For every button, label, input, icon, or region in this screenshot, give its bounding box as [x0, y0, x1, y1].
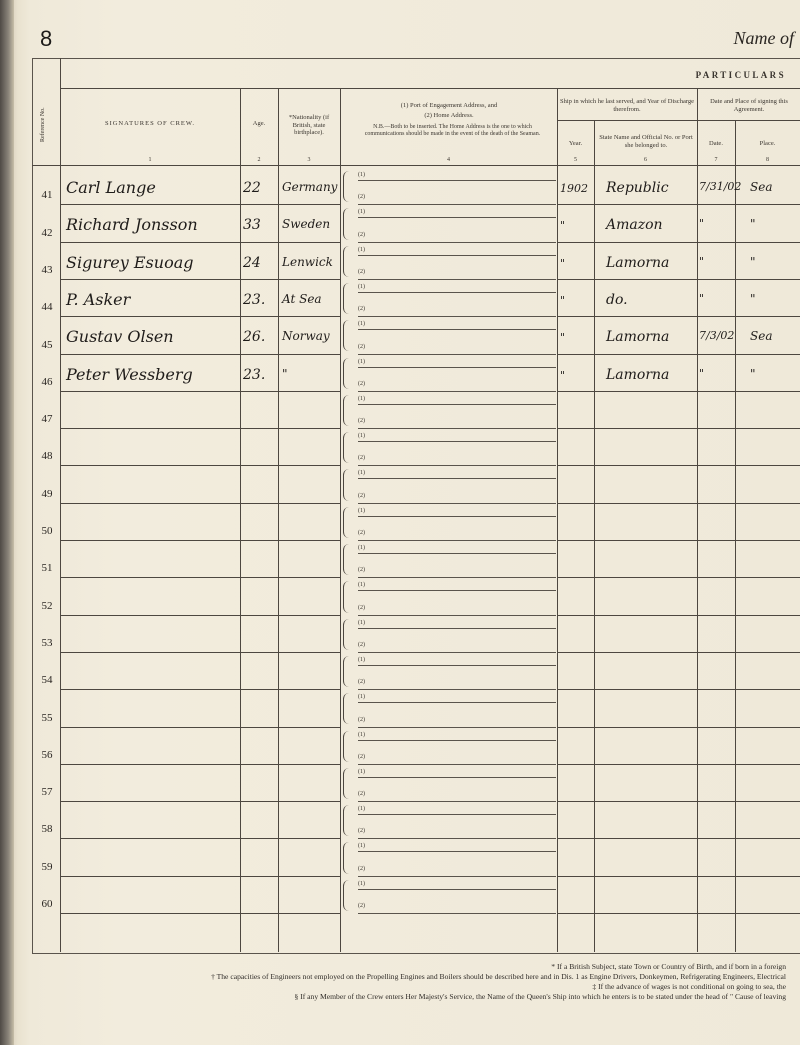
- row-ref-number: 44: [36, 301, 58, 313]
- page-number: 8: [40, 26, 52, 52]
- address-marker-2: (2): [358, 232, 365, 238]
- address-brace: [343, 842, 350, 873]
- row-rule: [60, 801, 340, 802]
- last-ship-year: 1902: [560, 182, 588, 195]
- address-marker-2: (2): [358, 493, 365, 499]
- signing-date: ": [699, 367, 704, 380]
- last-ship-name: Amazon: [606, 217, 663, 233]
- col-divider: [594, 120, 595, 952]
- address-line-2: [358, 764, 556, 765]
- address-marker-2: (2): [358, 828, 365, 834]
- crew-age: 26.: [243, 329, 265, 345]
- col-number: 8: [735, 157, 800, 163]
- row-rule: [557, 764, 800, 765]
- row-rule: [557, 279, 800, 280]
- row-rule: [60, 913, 340, 914]
- signing-place: Sea: [750, 180, 772, 194]
- address-line-1: [358, 217, 556, 218]
- address-marker-2: (2): [358, 791, 365, 797]
- row-rule: [557, 801, 800, 802]
- crew-age: 33: [243, 217, 261, 233]
- col-header-place: Place.: [735, 140, 800, 148]
- address-brace: [343, 619, 350, 650]
- address-brace: [343, 768, 350, 799]
- crew-nationality: Germany: [282, 180, 337, 194]
- row-rule: [60, 279, 340, 280]
- row-rule: [60, 242, 340, 243]
- address-marker-1: (1): [358, 806, 365, 812]
- crew-nationality: Lenwick: [282, 255, 333, 269]
- col-header-nationality: *Nationality (if British, state birthpla…: [282, 114, 336, 137]
- last-ship-name: Lamorna: [606, 255, 669, 271]
- col-number: 7: [697, 157, 735, 163]
- crew-signature: Gustav Olsen: [66, 327, 174, 346]
- row-rule: [60, 391, 340, 392]
- col-header-date: Date.: [697, 140, 735, 148]
- running-head: Name of: [734, 28, 795, 49]
- address-marker-2: (2): [358, 194, 365, 200]
- crew-nationality: Sweden: [282, 217, 330, 231]
- row-ref-number: 49: [36, 488, 58, 500]
- address-brace: [343, 693, 350, 724]
- crew-age: 23.: [243, 367, 265, 383]
- address-line-2: [358, 801, 556, 802]
- address-marker-2: (2): [358, 418, 365, 424]
- address-brace: [343, 395, 350, 426]
- signing-date: ": [699, 217, 704, 230]
- address-line-1: [358, 553, 556, 554]
- address-marker-1: (1): [358, 508, 365, 514]
- address-marker-1: (1): [358, 620, 365, 626]
- row-rule: [557, 838, 800, 839]
- crew-signature: Carl Lange: [66, 178, 156, 197]
- address-line-2: [358, 615, 556, 616]
- row-rule: [557, 204, 800, 205]
- address-marker-1: (1): [358, 359, 365, 365]
- row-rule: [60, 689, 340, 690]
- crew-nationality: ": [282, 367, 288, 381]
- row-rule: [557, 615, 800, 616]
- signing-place: Sea: [750, 329, 772, 343]
- crew-signature: Peter Wessberg: [66, 365, 193, 384]
- row-ref-number: 45: [36, 339, 58, 351]
- col-header-year: Year.: [557, 140, 594, 148]
- crew-age: 23.: [243, 292, 265, 308]
- crew-nationality: Norway: [282, 329, 330, 343]
- address-marker-2: (2): [358, 455, 365, 461]
- signing-date: ": [699, 255, 704, 268]
- signing-place: ": [750, 292, 756, 306]
- row-rule: [60, 428, 340, 429]
- header-top-rule: [60, 88, 800, 89]
- address-brace: [343, 805, 350, 836]
- address-line-1: [358, 180, 556, 181]
- address-line-2: [358, 540, 556, 541]
- address-line-1: [358, 590, 556, 591]
- address-line-1: [358, 478, 556, 479]
- col-header-address-1: (1) Port of Engagement Address, and: [345, 102, 553, 110]
- col-header-address-2: (2) Home Address.: [345, 112, 553, 120]
- signing-date: ": [699, 292, 704, 305]
- signing-place: ": [750, 217, 756, 231]
- ref-col-header: Reference No.: [32, 90, 60, 150]
- col-number: 4: [340, 157, 557, 163]
- row-ref-number: 58: [36, 823, 58, 835]
- address-line-1: [358, 889, 556, 890]
- address-marker-2: (2): [358, 717, 365, 723]
- row-ref-number: 43: [36, 264, 58, 276]
- row-rule: [60, 838, 340, 839]
- col-number: 5: [557, 157, 594, 163]
- address-line-2: [358, 689, 556, 690]
- row-rule: [557, 242, 800, 243]
- address-brace: [343, 880, 350, 911]
- last-ship-name: Republic: [606, 180, 669, 196]
- address-line-1: [358, 851, 556, 852]
- header-bottom-rule: [32, 165, 800, 166]
- address-line-2: [358, 354, 556, 355]
- row-rule: [557, 316, 800, 317]
- col-header-ship: State Name and Official No. or Port she …: [598, 134, 694, 149]
- address-marker-2: (2): [358, 605, 365, 611]
- col-divider: [60, 58, 61, 952]
- address-line-1: [358, 329, 556, 330]
- address-marker-1: (1): [358, 396, 365, 402]
- ledger-page: 8 Name of PARTICULARS Reference No. SIGN…: [0, 0, 800, 1045]
- address-line-2: [358, 727, 556, 728]
- row-ref-number: 48: [36, 450, 58, 462]
- address-line-2: [358, 876, 556, 877]
- address-marker-1: (1): [358, 247, 365, 253]
- address-brace: [343, 283, 350, 314]
- row-ref-number: 41: [36, 189, 58, 201]
- address-marker-1: (1): [358, 694, 365, 700]
- address-line-2: [358, 503, 556, 504]
- row-ref-number: 47: [36, 413, 58, 425]
- row-ref-number: 42: [36, 227, 58, 239]
- address-line-2: [358, 279, 556, 280]
- row-rule: [557, 689, 800, 690]
- address-marker-2: (2): [358, 269, 365, 275]
- footnote: † The capacities of Engineers not employ…: [211, 972, 786, 981]
- address-line-1: [358, 777, 556, 778]
- col-divider: [278, 88, 279, 952]
- row-rule: [557, 503, 800, 504]
- address-line-1: [358, 814, 556, 815]
- section-title: PARTICULARS: [696, 70, 786, 80]
- crew-age: 22: [243, 180, 261, 196]
- last-ship-year: ": [560, 331, 565, 344]
- row-ref-number: 46: [36, 376, 58, 388]
- address-brace: [343, 320, 350, 351]
- address-line-2: [358, 428, 556, 429]
- row-rule: [60, 503, 340, 504]
- address-marker-2: (2): [358, 344, 365, 350]
- address-marker-1: (1): [358, 657, 365, 663]
- address-marker-1: (1): [358, 881, 365, 887]
- row-rule: [60, 727, 340, 728]
- row-rule: [60, 652, 340, 653]
- address-line-2: [358, 577, 556, 578]
- footnote: § If any Member of the Crew enters Her M…: [295, 992, 786, 1001]
- row-rule: [60, 540, 340, 541]
- address-marker-1: (1): [358, 843, 365, 849]
- address-marker-1: (1): [358, 433, 365, 439]
- crew-signature: P. Asker: [66, 290, 130, 309]
- col-divider: [735, 120, 736, 952]
- col-header-signatures: SIGNATURES OF CREW.: [60, 120, 240, 128]
- row-rule: [557, 540, 800, 541]
- address-line-2: [358, 913, 556, 914]
- col-header-date-group: Date and Place of signing this Agreement…: [700, 98, 798, 113]
- address-brace: [343, 544, 350, 575]
- address-line-1: [358, 740, 556, 741]
- address-line-1: [358, 665, 556, 666]
- address-marker-1: (1): [358, 172, 365, 178]
- address-marker-2: (2): [358, 567, 365, 573]
- footnote: * If a British Subject, state Town or Co…: [551, 962, 786, 971]
- address-brace: [343, 171, 350, 202]
- last-ship-year: ": [560, 257, 565, 270]
- footnote: ‡ If the advance of wages is not conditi…: [592, 982, 786, 991]
- last-ship-name: do.: [606, 292, 628, 308]
- row-rule: [557, 913, 800, 914]
- address-marker-1: (1): [358, 769, 365, 775]
- address-line-2: [358, 838, 556, 839]
- address-marker-1: (1): [358, 321, 365, 327]
- row-rule: [60, 577, 340, 578]
- address-marker-2: (2): [358, 530, 365, 536]
- row-ref-number: 59: [36, 861, 58, 873]
- address-line-2: [358, 204, 556, 205]
- last-ship-name: Lamorna: [606, 367, 669, 383]
- row-rule: [557, 577, 800, 578]
- col-divider: [557, 88, 558, 952]
- ship-group-rule: [557, 120, 697, 121]
- col-number: 3: [278, 157, 340, 163]
- crew-signature: Sigurey Esuoag: [66, 253, 193, 272]
- address-brace: [343, 358, 350, 389]
- address-marker-2: (2): [358, 754, 365, 760]
- address-brace: [343, 208, 350, 239]
- row-rule: [60, 615, 340, 616]
- row-rule: [557, 876, 800, 877]
- address-marker-1: (1): [358, 582, 365, 588]
- address-marker-2: (2): [358, 866, 365, 872]
- row-ref-number: 51: [36, 562, 58, 574]
- col-number: 6: [594, 157, 697, 163]
- row-ref-number: 55: [36, 712, 58, 724]
- address-marker-1: (1): [358, 284, 365, 290]
- address-line-1: [358, 292, 556, 293]
- col-number: 1: [60, 157, 240, 163]
- signing-date: 7/31/02: [699, 180, 741, 193]
- row-rule: [60, 354, 340, 355]
- signing-place: ": [750, 367, 756, 381]
- address-marker-1: (1): [358, 470, 365, 476]
- col-number: 2: [240, 157, 278, 163]
- crew-age: 24: [243, 255, 261, 271]
- col-header-age: Age.: [240, 120, 278, 128]
- row-ref-number: 52: [36, 600, 58, 612]
- row-rule: [557, 354, 800, 355]
- row-rule: [60, 204, 340, 205]
- address-marker-1: (1): [358, 732, 365, 738]
- row-rule: [557, 428, 800, 429]
- row-rule: [60, 764, 340, 765]
- row-rule: [557, 727, 800, 728]
- address-brace: [343, 432, 350, 463]
- address-brace: [343, 507, 350, 538]
- row-rule: [557, 391, 800, 392]
- address-brace: [343, 581, 350, 612]
- address-line-1: [358, 441, 556, 442]
- address-marker-1: (1): [358, 545, 365, 551]
- address-line-2: [358, 652, 556, 653]
- address-line-2: [358, 391, 556, 392]
- row-ref-number: 56: [36, 749, 58, 761]
- row-rule: [557, 465, 800, 466]
- address-line-2: [358, 242, 556, 243]
- address-marker-1: (1): [358, 209, 365, 215]
- row-ref-number: 50: [36, 525, 58, 537]
- address-line-2: [358, 316, 556, 317]
- signing-place: ": [750, 255, 756, 269]
- col-header-ship-group: Ship in which he last served, and Year o…: [560, 98, 694, 113]
- last-ship-year: ": [560, 369, 565, 382]
- address-brace: [343, 656, 350, 687]
- row-ref-number: 54: [36, 674, 58, 686]
- address-marker-2: (2): [358, 642, 365, 648]
- address-brace: [343, 246, 350, 277]
- book-binding: [0, 0, 14, 1045]
- date-group-rule: [697, 120, 800, 121]
- col-divider: [697, 88, 698, 952]
- address-line-2: [358, 465, 556, 466]
- crew-nationality: At Sea: [282, 292, 322, 306]
- address-brace: [343, 469, 350, 500]
- address-brace: [343, 731, 350, 762]
- row-ref-number: 60: [36, 898, 58, 910]
- address-line-1: [358, 702, 556, 703]
- col-divider: [240, 88, 241, 952]
- address-marker-2: (2): [358, 381, 365, 387]
- address-line-1: [358, 516, 556, 517]
- row-ref-number: 53: [36, 637, 58, 649]
- address-line-1: [358, 404, 556, 405]
- address-marker-2: (2): [358, 903, 365, 909]
- address-line-1: [358, 255, 556, 256]
- address-line-1: [358, 628, 556, 629]
- last-ship-name: Lamorna: [606, 329, 669, 345]
- col-divider: [340, 88, 341, 952]
- row-ref-number: 57: [36, 786, 58, 798]
- crew-signature: Richard Jonsson: [66, 215, 198, 234]
- row-rule: [60, 465, 340, 466]
- address-marker-2: (2): [358, 679, 365, 685]
- address-marker-2: (2): [358, 306, 365, 312]
- col-header-address-note: N.B.—Both to be inserted. The Home Addre…: [355, 124, 550, 137]
- row-rule: [60, 876, 340, 877]
- address-line-1: [358, 367, 556, 368]
- row-rule: [60, 316, 340, 317]
- signing-date: 7/3/02: [699, 329, 734, 342]
- row-rule: [557, 652, 800, 653]
- last-ship-year: ": [560, 219, 565, 232]
- last-ship-year: ": [560, 294, 565, 307]
